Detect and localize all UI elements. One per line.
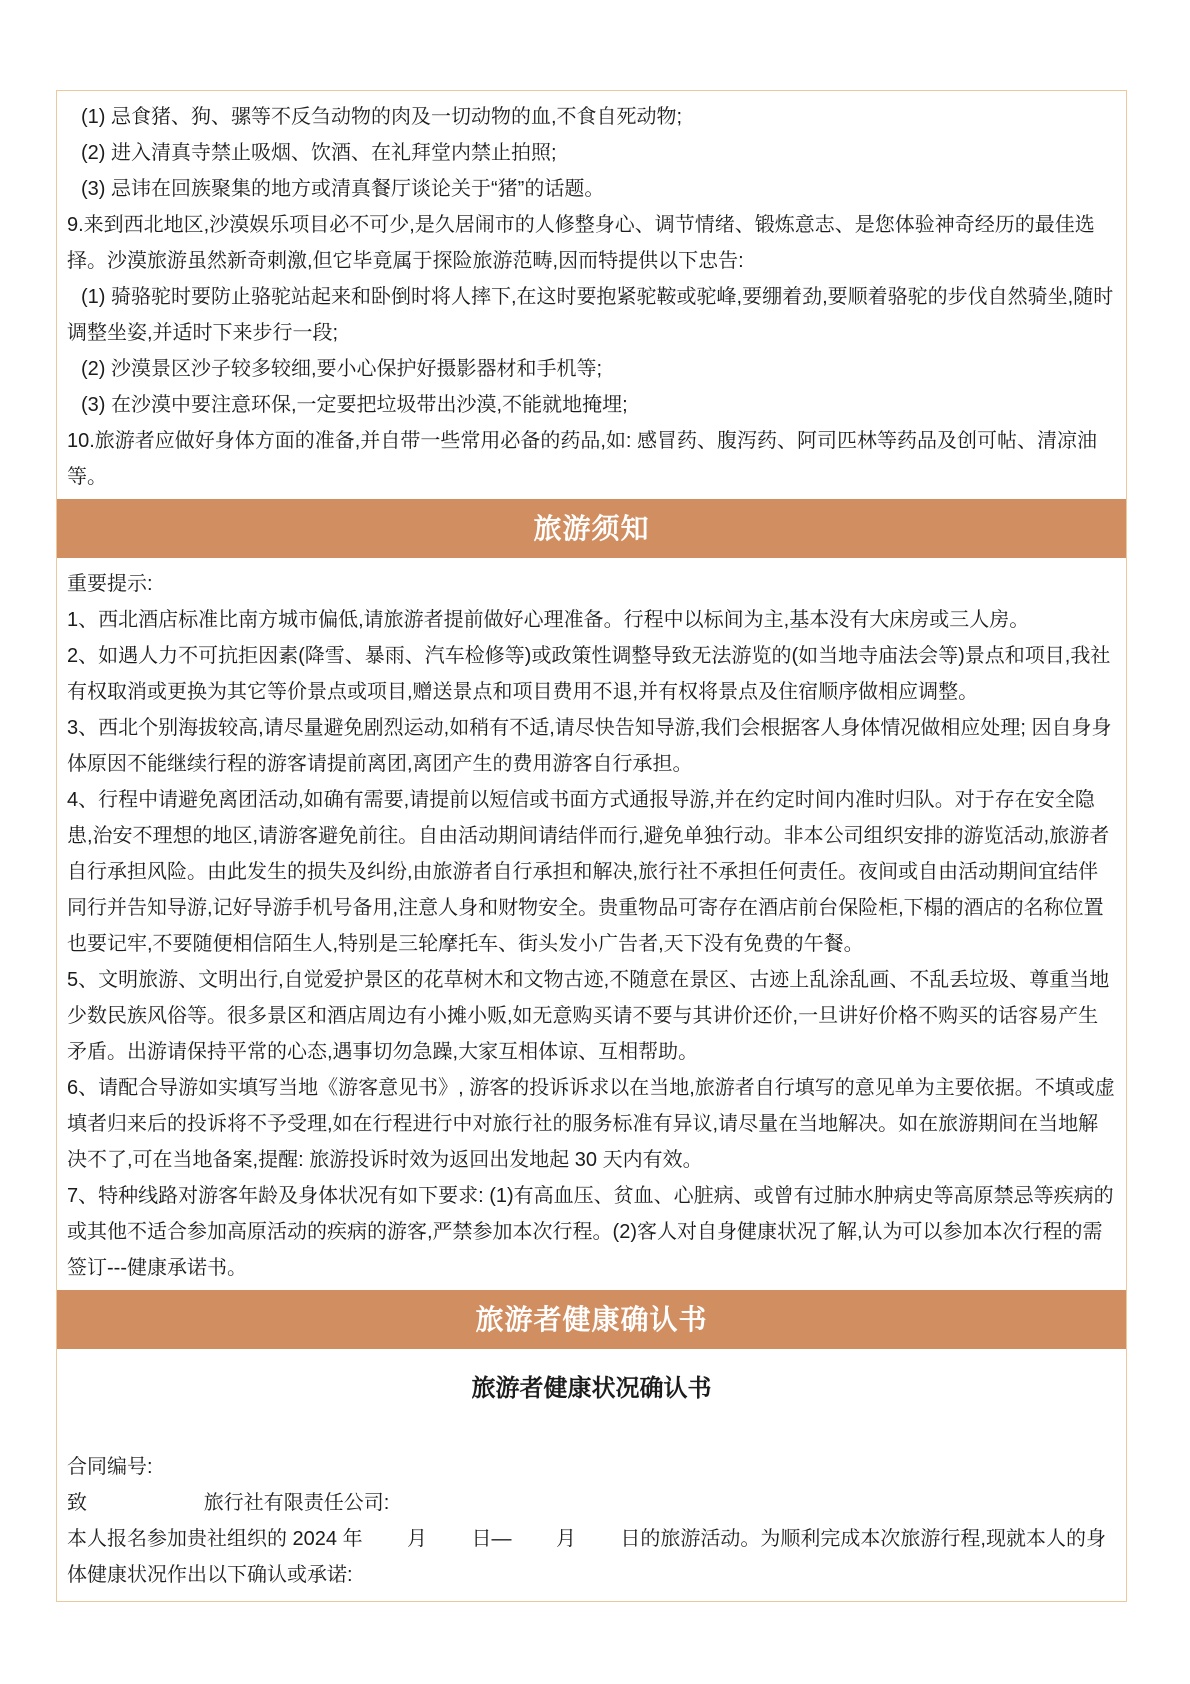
to-travel-agency-line: 致 旅行社有限责任公司: (67, 1485, 1116, 1521)
notice-section: 重要提示: 1、西北酒店标准比南方城市偏低,请旅游者提前做好心理准备。行程中以标… (57, 558, 1126, 1290)
contract-number-label: 合同编号: (67, 1449, 1116, 1485)
registration-line: 本人报名参加贵社组织的 2024 年 月 日— 月 日的旅游活动。为顺利完成本次… (67, 1521, 1116, 1593)
notice-paragraph: 7、特种线路对游客年龄及身体状况有如下要求: (1)有高血压、贫血、心脏病、或曾… (67, 1178, 1116, 1286)
notice-paragraph: 5、文明旅游、文明出行,自觉爱护景区的花草树木和文物古迹,不随意在景区、古迹上乱… (67, 962, 1116, 1070)
intro-paragraph: (3) 在沙漠中要注意环保,一定要把垃圾带出沙漠,不能就地掩埋; (67, 387, 1116, 423)
intro-paragraph: 10.旅游者应做好身体方面的准备,并自带一些常用必备的药品,如: 感冒药、腹泻药… (67, 423, 1116, 495)
notice-heading: 重要提示: (67, 566, 1116, 602)
notice-paragraph: 6、请配合导游如实填写当地《游客意见书》, 游客的投诉诉求以在当地,旅游者自行填… (67, 1070, 1116, 1178)
intro-paragraph: (1) 骑骆驼时要防止骆驼站起来和卧倒时将人摔下,在这时要抱紧驼鞍或驼峰,要绷着… (67, 279, 1116, 351)
health-subtitle: 旅游者健康状况确认书 (67, 1371, 1116, 1407)
intro-paragraph: (2) 进入清真寺禁止吸烟、饮酒、在礼拜堂内禁止拍照; (67, 135, 1116, 171)
intro-paragraph: 9.来到西北地区,沙漠娱乐项目必不可少,是久居闹市的人修整身心、调节情绪、锻炼意… (67, 207, 1116, 279)
notice-paragraph: 4、行程中请避免离团活动,如确有需要,请提前以短信或书面方式通报导游,并在约定时… (67, 782, 1116, 962)
health-section: 旅游者健康状况确认书 合同编号: 致 旅行社有限责任公司: 本人报名参加贵社组织… (57, 1349, 1126, 1601)
intro-paragraph: (3) 忌讳在回族聚集的地方或清真餐厅谈论关于“猪”的话题。 (67, 171, 1116, 207)
notice-paragraph: 3、西北个别海拔较高,请尽量避免剧烈运动,如稍有不适,请尽快告知导游,我们会根据… (67, 710, 1116, 782)
spacer (67, 1407, 1116, 1449)
section-header-health-confirmation: 旅游者健康确认书 (57, 1290, 1126, 1349)
notice-paragraph: 2、如遇人力不可抗拒因素(降雪、暴雨、汽车检修等)或政策性调整导致无法游览的(如… (67, 638, 1116, 710)
intro-paragraph: (2) 沙漠景区沙子较多较细,要小心保护好摄影器材和手机等; (67, 351, 1116, 387)
section-header-travel-notice: 旅游须知 (57, 499, 1126, 558)
intro-section: (1) 忌食猪、狗、骡等不反刍动物的肉及一切动物的血,不食自死动物; (2) 进… (57, 91, 1126, 499)
document-page: (1) 忌食猪、狗、骡等不反刍动物的肉及一切动物的血,不食自死动物; (2) 进… (56, 90, 1127, 1602)
intro-paragraph: (1) 忌食猪、狗、骡等不反刍动物的肉及一切动物的血,不食自死动物; (67, 99, 1116, 135)
notice-paragraph: 1、西北酒店标准比南方城市偏低,请旅游者提前做好心理准备。行程中以标间为主,基本… (67, 602, 1116, 638)
